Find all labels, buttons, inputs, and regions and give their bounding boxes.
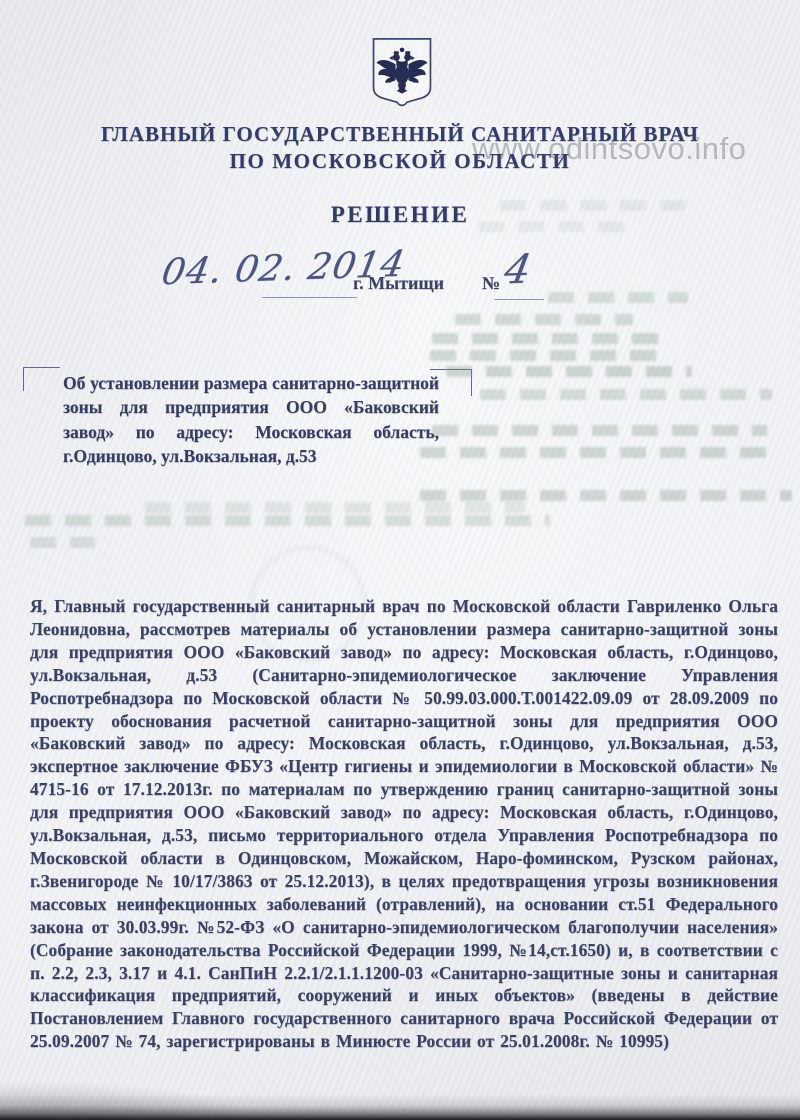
bleed-through-line [478, 221, 633, 232]
bleed-through-line [420, 447, 772, 458]
bleed-through-line [455, 314, 633, 325]
photo-bottom-edge [0, 1094, 800, 1120]
handwritten-number: 4 [501, 247, 535, 294]
russia-coat-of-arms-icon [366, 36, 438, 110]
body-paragraph: Я, Главный государственный санитарный вр… [30, 595, 778, 1053]
scanned-document-page: www.odintsovo.info ГЛАВНЫЙ ГОСУДАРСТВЕНН… [0, 0, 800, 1120]
bleed-through-line [420, 490, 792, 501]
bleed-through-line [432, 425, 767, 436]
subject-corner-mark-left [23, 367, 60, 391]
letterhead-line2: ПО МОСКОВСКОЙ ОБЛАСТИ [0, 148, 800, 175]
bleed-through-line [30, 537, 95, 548]
bleed-through-line [500, 200, 685, 211]
number-sign: № [482, 273, 500, 294]
letterhead: ГЛАВНЫЙ ГОСУДАРСТВЕННЫЙ САНИТАРНЫЙ ВРАЧ … [0, 121, 800, 175]
bleed-through-line [25, 515, 550, 526]
number-underline [494, 299, 544, 300]
bleed-through-line [446, 366, 692, 377]
letterhead-line1: ГЛАВНЫЙ ГОСУДАРСТВЕННЫЙ САНИТАРНЫЙ ВРАЧ [0, 121, 800, 148]
bleed-through-line [480, 389, 772, 400]
place-label: г. Мытищи [353, 273, 444, 294]
bleed-through-line [548, 292, 688, 303]
bleed-through-line [145, 502, 525, 513]
bleed-through-line [430, 350, 670, 361]
bleed-through-line [432, 333, 667, 344]
subject-block: Об установлении размера санитарно-защитн… [63, 371, 439, 469]
date-underline [262, 297, 357, 298]
